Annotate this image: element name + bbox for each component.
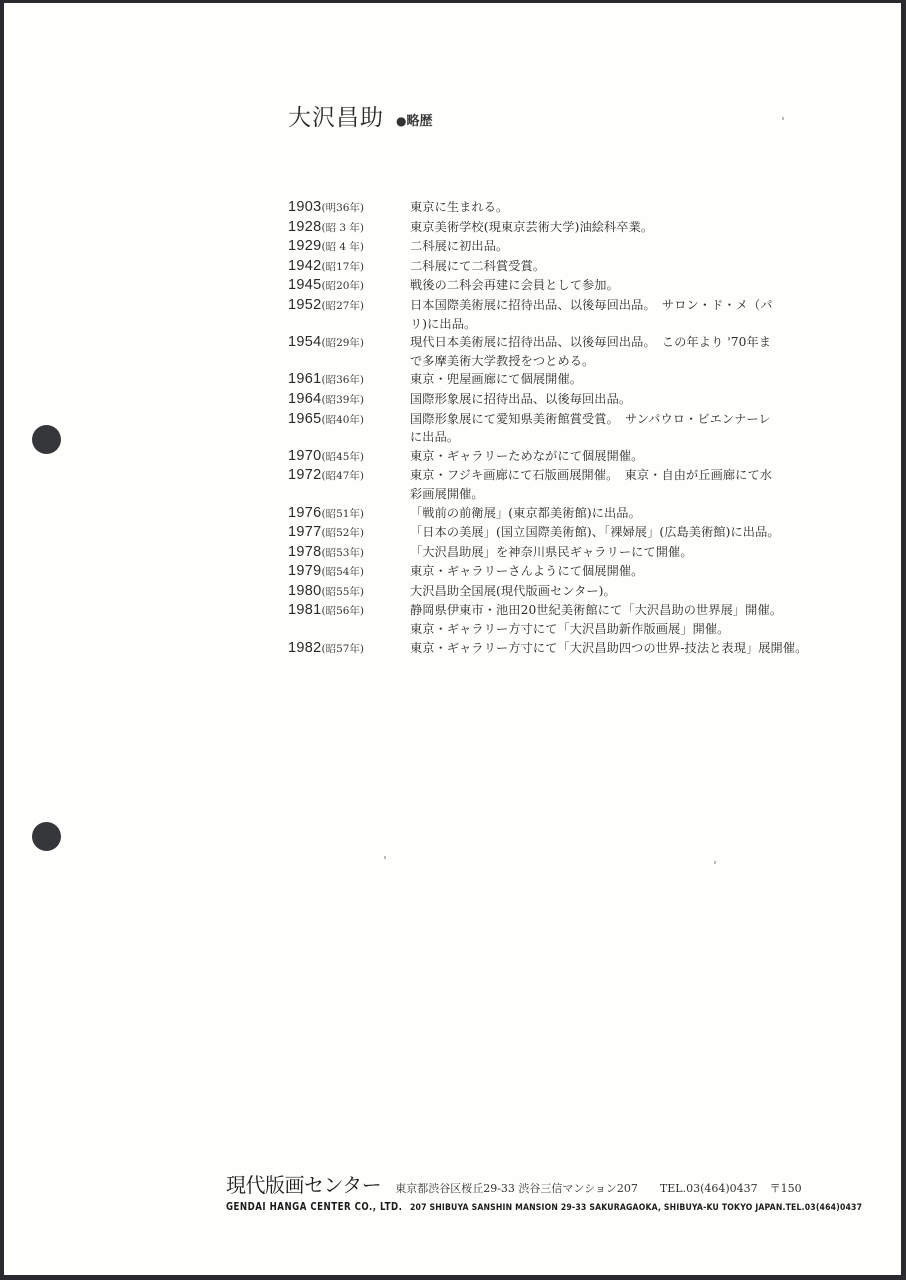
entry-year: 1929 <box>288 238 321 254</box>
entry-year: 1979 <box>288 563 321 579</box>
postal-code: 〒150 <box>770 1180 802 1196</box>
entry-date: 1981(昭56年) <box>288 601 410 621</box>
entry-events: 戦後の二科会再建に会員として参加。 <box>410 276 848 295</box>
entry-date: 1903(明36年) <box>288 198 410 218</box>
entry-era: (昭29年) <box>321 337 364 349</box>
timeline-entry: 1977(昭52年)「日本の美展」(国立国際美術館)、「裸婦展」(広島美術館)に… <box>288 523 848 543</box>
address-en: 207 SHIBUYA SANSHIN MANSION 29-33 SAKURA… <box>410 1203 862 1213</box>
entry-year: 1942 <box>288 258 321 274</box>
company-logo-jp: 現代版画センター <box>226 1169 381 1198</box>
entry-date: 1977(昭52年) <box>288 523 410 543</box>
timeline-entry: 1964(昭39年)国際形象展に招待出品、以後毎回出品。 <box>288 390 848 410</box>
entry-date: 1980(昭55年) <box>288 582 410 602</box>
timeline-entry: 1982(昭57年)東京・ギャラリー方寸にて「大沢昌助四つの世界-技法と表現」展… <box>288 639 848 659</box>
entry-events: 二科展にて二科賞受賞。 <box>410 257 848 276</box>
entry-date: 1929(昭 4 年) <box>288 237 410 257</box>
entry-era: (昭52年) <box>321 527 364 539</box>
entry-year: 1981 <box>288 602 321 618</box>
entry-era: (明36年) <box>321 202 364 214</box>
entry-era: (昭45年) <box>321 451 364 463</box>
entry-events: 現代日本美術展に招待出品、以後毎回出品。 この年より '70年まで多摩美術大学教… <box>410 333 848 370</box>
entry-event-line: 東京に生まれる。 <box>410 198 848 217</box>
entry-year: 1970 <box>288 448 321 464</box>
bullet-icon: ● <box>396 114 406 128</box>
timeline-entry: 1929(昭 4 年)二科展に初出品。 <box>288 237 848 257</box>
entry-events: 東京に生まれる。 <box>410 198 848 217</box>
entry-event-line: 東京・ギャラリー方寸にて「大沢昌助四つの世界-技法と表現」展開催。 <box>410 639 848 658</box>
address-jp: 東京都渋谷区桜丘29-33 渋谷三信マンション207 <box>395 1180 638 1196</box>
punch-hole-top <box>32 425 61 454</box>
company-name-en: GENDAI HANGA CENTER CO., LTD. <box>226 1201 365 1213</box>
entry-event-line: 国際形象展に招待出品、以後毎回出品。 <box>410 390 848 409</box>
entry-date: 1928(昭 3 年) <box>288 218 410 238</box>
section-label: ●略歴 <box>396 110 433 129</box>
entry-events: 「戦前の前衛展」(東京都美術館)に出品。 <box>410 504 848 523</box>
entry-date: 1978(昭53年) <box>288 543 410 563</box>
entry-event-line: 彩画展開催。 <box>410 485 848 504</box>
entry-date: 1976(昭51年) <box>288 504 410 524</box>
entry-year: 1964 <box>288 391 321 407</box>
entry-event-line: 東京・ギャラリーさんようにて個展開催。 <box>410 562 848 581</box>
entry-year: 1961 <box>288 371 321 387</box>
entry-year: 1928 <box>288 219 321 235</box>
entry-events: 東京・ギャラリー方寸にて「大沢昌助四つの世界-技法と表現」展開催。 <box>410 639 848 658</box>
entry-events: 静岡県伊東市・池田20世紀美術館にて「大沢昌助の世界展」開催。東京・ギャラリー方… <box>410 601 848 638</box>
entry-events: 東京・フジキ画廊にて石版画展開催。 東京・自由が丘画廊にて水彩画展開催。 <box>410 466 848 503</box>
entry-date: 1970(昭45年) <box>288 447 410 467</box>
entry-era: (昭40年) <box>321 414 364 426</box>
timeline-entry: 1981(昭56年)静岡県伊東市・池田20世紀美術館にて「大沢昌助の世界展」開催… <box>288 601 848 638</box>
entry-year: 1977 <box>288 524 321 540</box>
entry-date: 1954(昭29年) <box>288 333 410 353</box>
entry-events: 国際形象展に招待出品、以後毎回出品。 <box>410 390 848 409</box>
timeline-entry: 1978(昭53年)「大沢昌助展」を神奈川県民ギャラリーにて開催。 <box>288 543 848 563</box>
entry-year: 1954 <box>288 334 321 350</box>
timeline-entry: 1961(昭36年)東京・兜屋画廊にて個展開催。 <box>288 370 848 390</box>
entry-year: 1965 <box>288 411 321 427</box>
entry-events: 国際形象展にて愛知県美術館賞受賞。 サンパウロ・ビエンナーレに出品。 <box>410 410 848 447</box>
entry-events: 大沢昌助全国展(現代版画センター)。 <box>410 582 848 601</box>
entry-date: 1961(昭36年) <box>288 370 410 390</box>
entry-event-line: で多摩美術大学教授をつとめる。 <box>410 352 848 371</box>
entry-event-line: 東京・フジキ画廊にて石版画展開催。 東京・自由が丘画廊にて水 <box>410 466 848 485</box>
entry-year: 1980 <box>288 583 321 599</box>
entry-era: (昭20年) <box>321 280 364 292</box>
entry-era: (昭39年) <box>321 394 364 406</box>
entry-date: 1964(昭39年) <box>288 390 410 410</box>
entry-era: (昭55年) <box>321 586 364 598</box>
timeline-entry: 1980(昭55年)大沢昌助全国展(現代版画センター)。 <box>288 582 848 602</box>
timeline-entry: 1954(昭29年)現代日本美術展に招待出品、以後毎回出品。 この年より '70… <box>288 333 848 370</box>
timeline-entry: 1952(昭27年)日本国際美術展に招待出品、以後毎回出品。 サロン・ド・メ（パ… <box>288 296 848 333</box>
punch-hole-bottom <box>32 822 61 851</box>
entry-event-line: 日本国際美術展に招待出品、以後毎回出品。 サロン・ド・メ（パ <box>410 296 848 315</box>
timeline-entry: 1972(昭47年)東京・フジキ画廊にて石版画展開催。 東京・自由が丘画廊にて水… <box>288 466 848 503</box>
entry-year: 1976 <box>288 505 321 521</box>
entry-year: 1972 <box>288 467 321 483</box>
footer-english-line: GENDAI HANGA CENTER CO., LTD. 207 SHIBUY… <box>226 1201 836 1213</box>
entry-year: 1978 <box>288 544 321 560</box>
timeline-entry: 1942(昭17年)二科展にて二科賞受賞。 <box>288 257 848 277</box>
entry-event-line: 「戦前の前衛展」(東京都美術館)に出品。 <box>410 504 848 523</box>
entry-year: 1982 <box>288 640 321 656</box>
section-label-text: 略歴 <box>406 114 432 129</box>
header: 大沢昌助 ●略歴 <box>288 99 433 132</box>
entry-era: (昭56年) <box>321 605 364 617</box>
timeline-entry: 1979(昭54年)東京・ギャラリーさんようにて個展開催。 <box>288 562 848 582</box>
footer-japanese-line: 現代版画センター 東京都渋谷区桜丘29-33 渋谷三信マンション207 TEL.… <box>226 1169 836 1198</box>
timeline-entry: 1945(昭20年)戦後の二科会再建に会員として参加。 <box>288 276 848 296</box>
timeline-entry: 1965(昭40年)国際形象展にて愛知県美術館賞受賞。 サンパウロ・ビエンナーレ… <box>288 410 848 447</box>
timeline-entry: 1928(昭 3 年)東京美術学校(現東京芸術大学)油絵科卒業。 <box>288 218 848 238</box>
entry-era: (昭17年) <box>321 261 364 273</box>
entry-year: 1903 <box>288 199 321 215</box>
biography-timeline: 1903(明36年)東京に生まれる。1928(昭 3 年)東京美術学校(現東京芸… <box>288 198 848 658</box>
entry-era: (昭 3 年) <box>321 222 364 234</box>
entry-events: 東京・ギャラリーさんようにて個展開催。 <box>410 562 848 581</box>
entry-date: 1965(昭40年) <box>288 410 410 430</box>
entry-date: 1979(昭54年) <box>288 562 410 582</box>
entry-event-line: に出品。 <box>410 428 848 447</box>
entry-event-line: 戦後の二科会再建に会員として参加。 <box>410 276 848 295</box>
entry-event-line: 「大沢昌助展」を神奈川県民ギャラリーにて開催。 <box>410 543 848 562</box>
entry-era: (昭57年) <box>321 643 364 655</box>
entry-date: 1942(昭17年) <box>288 257 410 277</box>
document-page: 大沢昌助 ●略歴 1903(明36年)東京に生まれる。1928(昭 3 年)東京… <box>4 3 901 1275</box>
entry-year: 1952 <box>288 297 321 313</box>
entry-event-line: 国際形象展にて愛知県美術館賞受賞。 サンパウロ・ビエンナーレ <box>410 410 848 429</box>
entry-event-line: リ)に出品。 <box>410 315 848 334</box>
entry-era: (昭27年) <box>321 300 364 312</box>
entry-event-line: 大沢昌助全国展(現代版画センター)。 <box>410 582 848 601</box>
timeline-entry: 1970(昭45年)東京・ギャラリーためながにて個展開催。 <box>288 447 848 467</box>
entry-event-line: 現代日本美術展に招待出品、以後毎回出品。 この年より '70年ま <box>410 333 848 352</box>
entry-event-line: 東京美術学校(現東京芸術大学)油絵科卒業。 <box>410 218 848 237</box>
entry-date: 1982(昭57年) <box>288 639 410 659</box>
entry-event-line: 東京・兜屋画廊にて個展開催。 <box>410 370 848 389</box>
entry-events: 東京・兜屋画廊にて個展開催。 <box>410 370 848 389</box>
entry-events: 東京美術学校(現東京芸術大学)油絵科卒業。 <box>410 218 848 237</box>
entry-event-line: 二科展にて二科賞受賞。 <box>410 257 848 276</box>
scan-speck <box>714 861 716 864</box>
entry-events: 「日本の美展」(国立国際美術館)、「裸婦展」(広島美術館)に出品。 <box>410 523 848 542</box>
entry-date: 1945(昭20年) <box>288 276 410 296</box>
entry-events: 東京・ギャラリーためながにて個展開催。 <box>410 447 848 466</box>
entry-event-line: 東京・ギャラリーためながにて個展開催。 <box>410 447 848 466</box>
page-title: 大沢昌助 <box>288 99 384 132</box>
entry-era: (昭36年) <box>321 374 364 386</box>
entry-events: 「大沢昌助展」を神奈川県民ギャラリーにて開催。 <box>410 543 848 562</box>
entry-era: (昭 4 年) <box>321 241 364 253</box>
timeline-entry: 1976(昭51年)「戦前の前衛展」(東京都美術館)に出品。 <box>288 504 848 524</box>
entry-event-line: 静岡県伊東市・池田20世紀美術館にて「大沢昌助の世界展」開催。 <box>410 601 848 620</box>
entry-era: (昭54年) <box>321 566 364 578</box>
entry-era: (昭47年) <box>321 470 364 482</box>
entry-event-line: 「日本の美展」(国立国際美術館)、「裸婦展」(広島美術館)に出品。 <box>410 523 848 542</box>
entry-date: 1972(昭47年) <box>288 466 410 486</box>
entry-era: (昭53年) <box>321 547 364 559</box>
scan-speck <box>782 117 784 120</box>
telephone-jp: TEL.03(464)0437 <box>660 1182 758 1195</box>
entry-event-line: 東京・ギャラリー方寸にて「大沢昌助新作版画展」開催。 <box>410 620 848 639</box>
entry-events: 二科展に初出品。 <box>410 237 848 256</box>
entry-date: 1952(昭27年) <box>288 296 410 316</box>
scan-speck <box>384 856 386 859</box>
entry-era: (昭51年) <box>321 508 364 520</box>
entry-year: 1945 <box>288 277 321 293</box>
timeline-entry: 1903(明36年)東京に生まれる。 <box>288 198 848 218</box>
entry-events: 日本国際美術展に招待出品、以後毎回出品。 サロン・ド・メ（パリ)に出品。 <box>410 296 848 333</box>
entry-event-line: 二科展に初出品。 <box>410 237 848 256</box>
footer: 現代版画センター 東京都渋谷区桜丘29-33 渋谷三信マンション207 TEL.… <box>226 1169 836 1213</box>
